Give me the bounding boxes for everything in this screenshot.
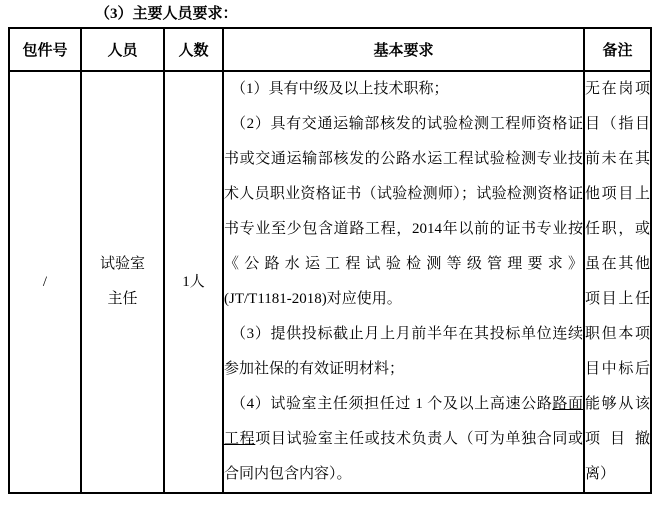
personnel-line-1: 试验室 (82, 247, 163, 282)
header-package-no: 包件号 (9, 28, 81, 71)
header-requirements: 基本要求 (223, 28, 584, 71)
table-row: / 试验室 主任 1人 （1）具有中级及以上技术职称； （2）具有交通运输部核发… (9, 71, 651, 493)
requirement-2-tail: 对应使用。 (327, 291, 402, 307)
cell-package-no: / (9, 71, 81, 493)
section-title: （3）主要人员要求： (95, 4, 662, 24)
header-personnel: 人员 (81, 28, 164, 71)
personnel-line-2: 主任 (82, 282, 163, 317)
cell-personnel: 试验室 主任 (81, 71, 164, 493)
cell-requirements: （1）具有中级及以上技术职称； （2）具有交通运输部核发的试验检测工程师资格证书… (223, 71, 584, 493)
requirement-item-3: （3）提供投标截止月上月前半年在其投标单位连续参加社保的有效证明材料； (224, 317, 583, 387)
requirement-2-standard-code: (JT/T1181-2018) (224, 291, 327, 307)
cell-remark: 无在岗项目（指目前未在其他项目上任职，或虽在其他项目上任职但本项目中标后能够从该… (584, 71, 651, 493)
requirement-item-4: （4）试验室主任须担任过 1 个及以上高速公路路面工程项目试验室主任或技术负责人… (224, 387, 583, 492)
personnel-requirements-table: 包件号 人员 人数 基本要求 备注 / 试验室 主任 1人 （1）具有中级及以上… (8, 27, 652, 494)
requirement-4-tail: 项目试验室主任或技术负责人（可为单独合同或合同内包含内容）。 (224, 431, 583, 482)
requirement-2-text: （2）具有交通运输部核发的试验检测工程师资格证书或交通运输部核发的公路水运工程试… (224, 116, 583, 272)
header-count: 人数 (164, 28, 223, 71)
requirement-item-2: （2）具有交通运输部核发的试验检测工程师资格证书或交通运输部核发的公路水运工程试… (224, 107, 583, 317)
header-row: 包件号 人员 人数 基本要求 备注 (9, 28, 651, 71)
document-page: （3）主要人员要求： 包件号 人员 人数 基本要求 备注 / 试验室 主任 (0, 0, 662, 511)
header-remark: 备注 (584, 28, 651, 71)
requirement-4-text: （4）试验室主任须担任过 1 个及以上高速公路 (231, 396, 552, 412)
cell-count: 1人 (164, 71, 223, 493)
requirement-item-1: （1）具有中级及以上技术职称； (224, 72, 583, 107)
